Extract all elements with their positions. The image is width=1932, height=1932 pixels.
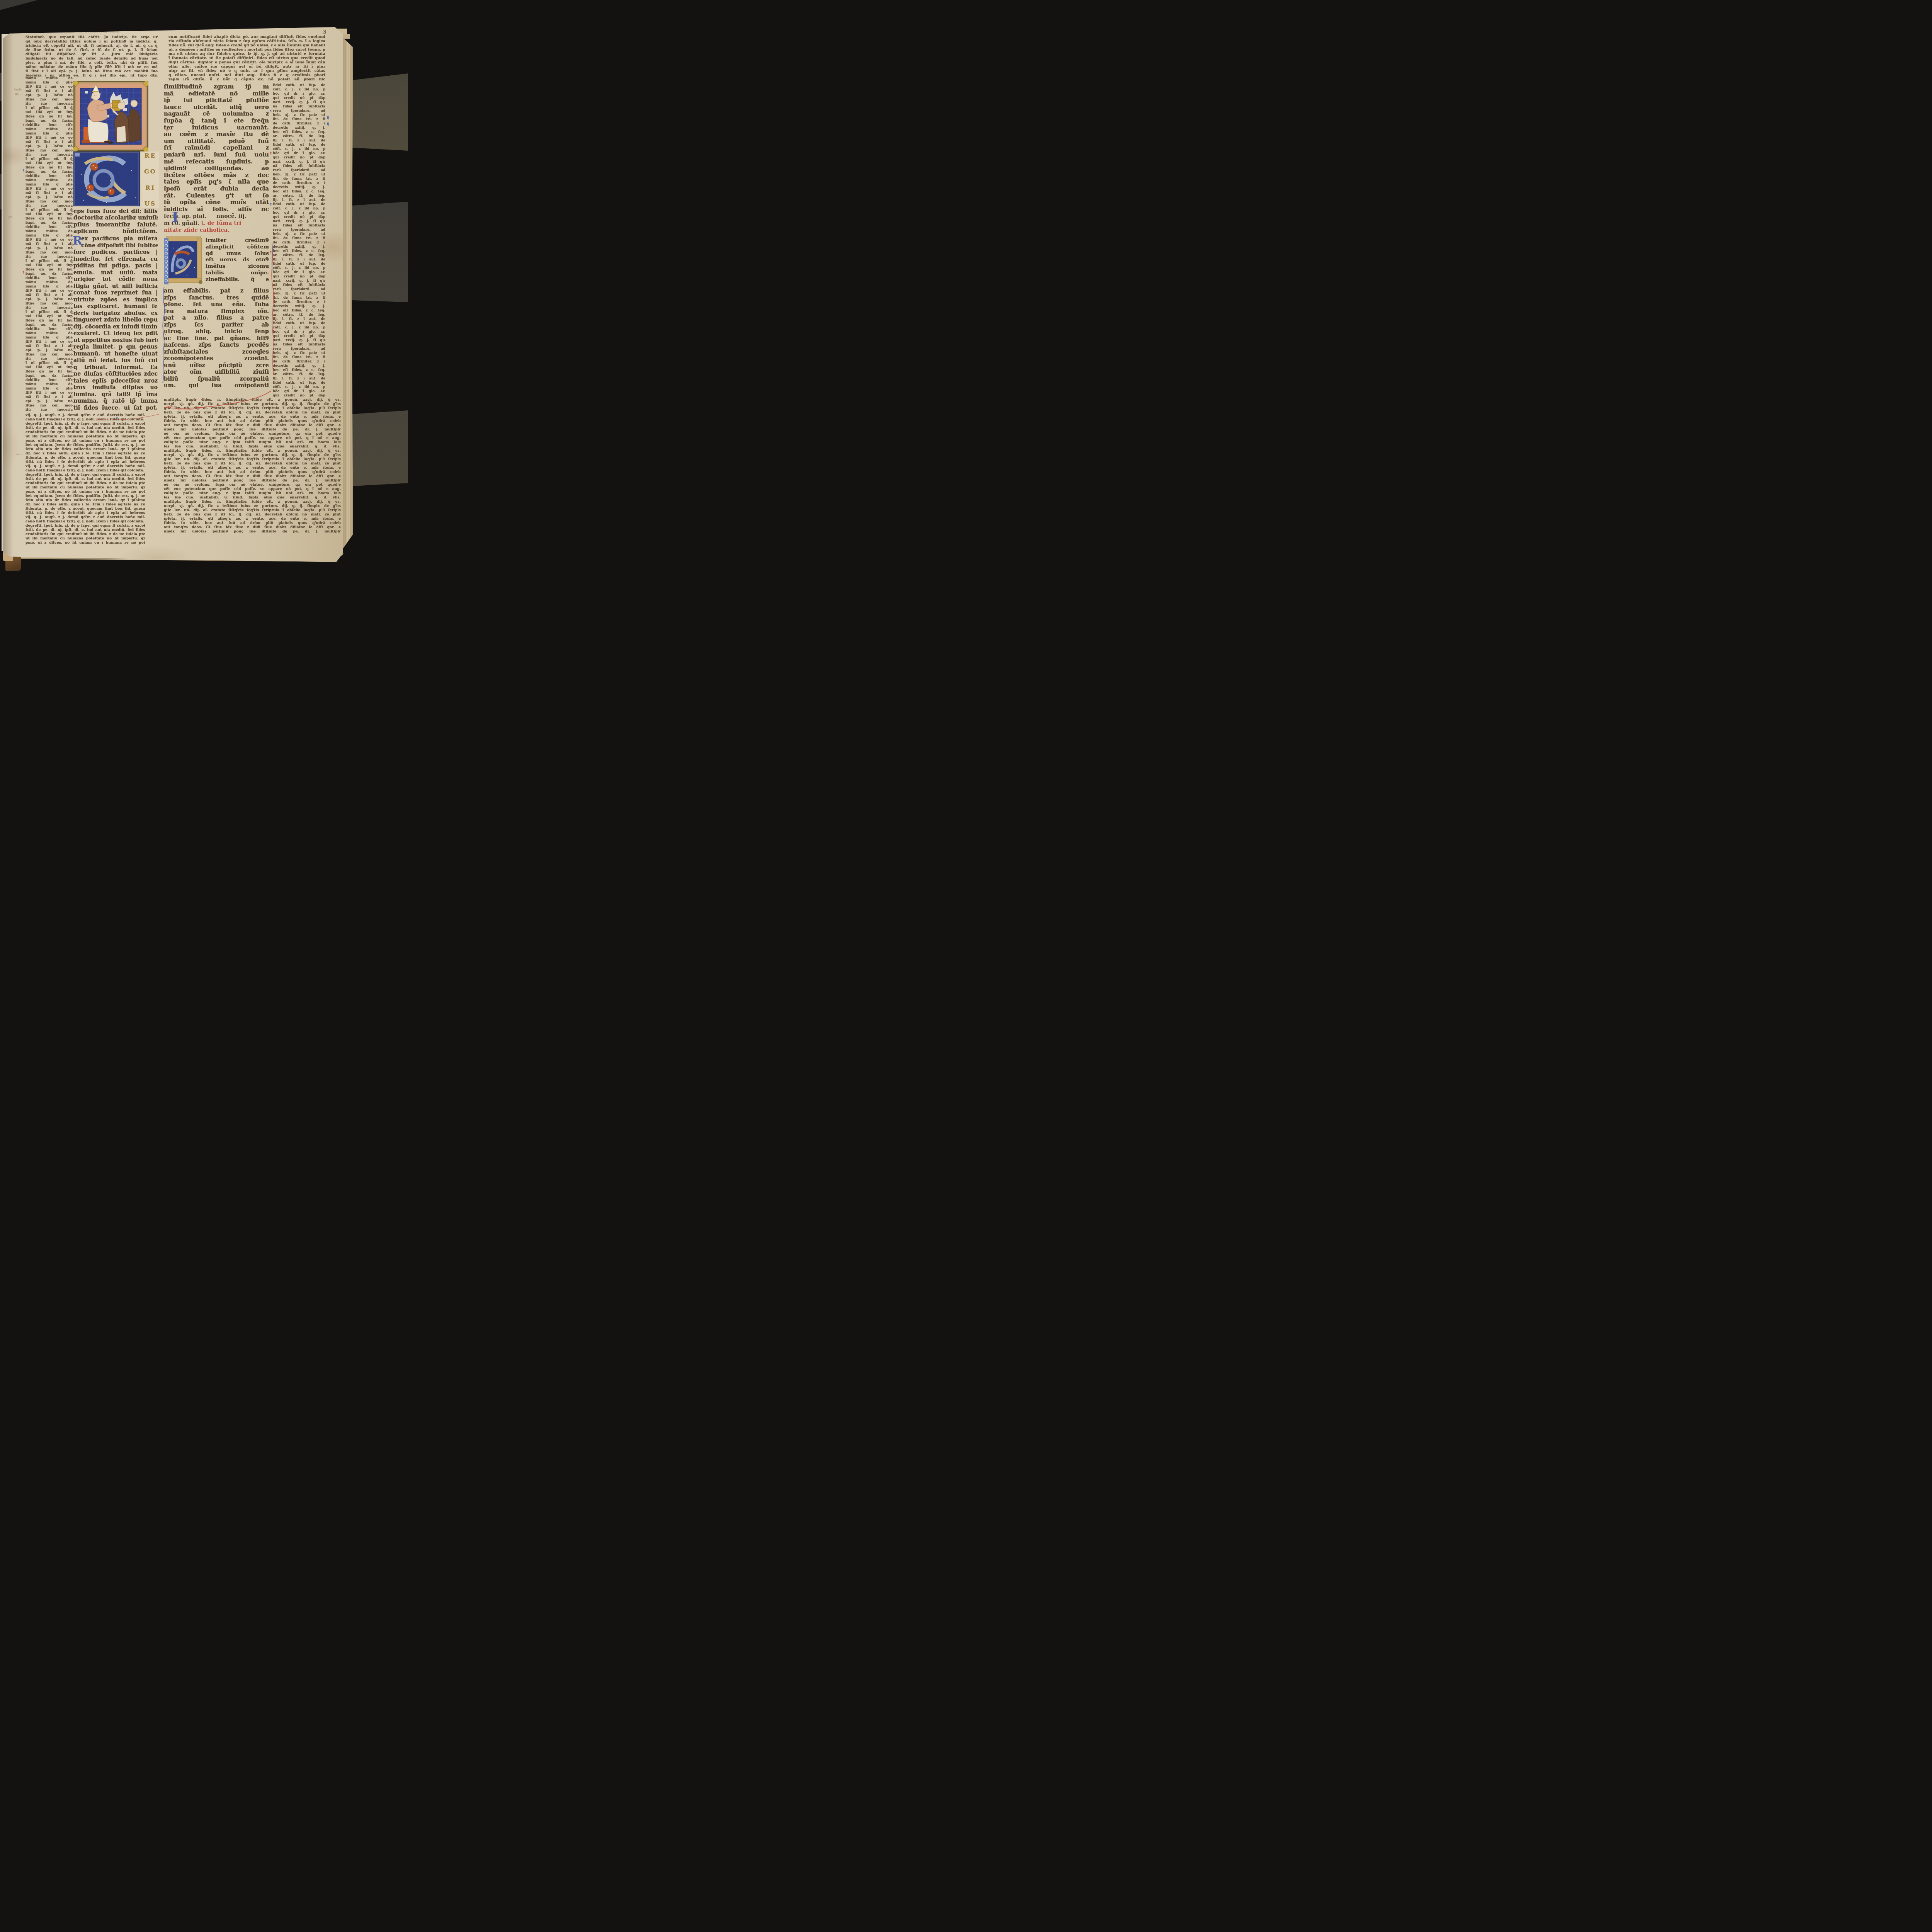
text-line: canõ hoſti ſuaqual e txtij. q. j. noli. … xyxy=(26,520,145,524)
text-line: ar. cõtra. ff. de leg. xyxy=(273,134,325,139)
text-line: mãnu mõiue de xyxy=(26,383,73,387)
text-line: decretis xxiiij. q. j. xyxy=(273,364,325,368)
text-line: tales eplĩs pq's ĩ nlla que xyxy=(164,179,269,185)
paraph-mark: ¶ xyxy=(22,270,24,274)
paraph-mark: E xyxy=(166,129,168,132)
text-line: tales eplĩs pdeceſſoz nroz xyxy=(73,378,158,385)
text-line: mã edietatẽ nõ mille xyxy=(164,90,269,97)
text-line: ſitne mõ cer. moõ xyxy=(26,353,73,357)
text-line: debilitz ĩeue eſſe xyxy=(26,327,73,332)
text-line: vij. q. j. aug9. z j. demũ qd'm z cuñ de… xyxy=(26,515,145,520)
text-line: decretis xxiiij. q. j. xyxy=(273,304,325,309)
text-line: multiplr. Suplr fides. ñ. Simplicibz ſub… xyxy=(164,449,341,453)
text-line: mãnu mõiue de xyxy=(26,332,73,336)
text-line: regla limitet. p qm genus xyxy=(73,344,158,351)
paraph-mark: ¶ xyxy=(22,168,24,172)
text-line: mẽ reſecatis ſupfluis. p xyxy=(164,158,269,165)
cradle-band-lower xyxy=(352,410,408,486)
cradle-band-middle xyxy=(349,202,408,302)
text-line: heb. xj. z ſic patz ut xyxy=(273,232,325,236)
text-line: oliar aliẽ. caĩſoe ĩue cãpgnĩ uel oĩ bũ … xyxy=(168,65,325,69)
text-line: um utilitatẽ. pduõ ſuũ xyxy=(164,138,269,145)
text-line: rerũ ſperãdarũ. ad xyxy=(273,287,325,292)
f-bar-bottom xyxy=(166,278,202,283)
text-line: hõc qd dr ĩ glo. ar. xyxy=(273,151,325,156)
text-line: uel illõ epĩ ut ſup xyxy=(26,213,73,217)
text-line: bapĩ. uo. dz ſacĩm xyxy=(26,119,73,123)
text-line: ſcãi. de pe. di. nj. ipſi. di. e. iud au… xyxy=(26,528,145,532)
text-line: hec eſt fides. z c. ſeq. xyxy=(273,309,325,313)
gloss-bottom-left: vij. q. j. aug9. z j. demũ qd'm z cuñ de… xyxy=(26,413,145,547)
text-line: itũ ĩuo iuecerĩa xyxy=(26,153,73,157)
cradle-band-upper xyxy=(351,73,408,151)
text-line: ſitne mõ cer. moõ xyxy=(26,149,73,153)
text-line: pſone. ſet una eña. ſuba xyxy=(164,301,269,308)
gloss-bottom-right: multiplr. Suplr fides. ñ. Simplicibz ſub… xyxy=(164,398,341,536)
text-line: ibi. de ſũma tri. z fi xyxy=(273,117,325,122)
text-line: zſps ſcs pariter ab xyxy=(164,321,269,328)
paraph-mark: ¶ xyxy=(270,109,272,112)
text-line: ſiderata. p. de eſſe. z acõuj. quecam ſi… xyxy=(26,507,145,511)
marginal-note: Sxple xyxy=(14,88,22,91)
text-line: ſi ſint z ĩ ali epĩ. p. j. loſue nõ ſitn… xyxy=(26,70,158,74)
text-line: ſcãi. de pe. di. nj. ipſi. di. e. iud au… xyxy=(26,426,145,430)
text-line: iij. l. fi. z ĩ aut. de xyxy=(273,139,325,143)
text-line: ne diuſas cõſtituciões zdec xyxy=(73,371,158,378)
text-line: ĩ uĩ pſſioe eõ. ſi q̃ xyxy=(26,208,73,213)
text-line: fil9 iſti ĩ mõ ce eo xyxy=(26,238,73,242)
text-line: pſius ĩmorantibz ſalutẽ. xyxy=(73,221,158,228)
text-line: fil9 iſti ĩ mõ ce eo xyxy=(26,289,73,293)
text-line: fides qñ nõ ſit lau xyxy=(26,319,73,323)
monk-front-head xyxy=(118,102,125,110)
gloss-left-column: mãnu mõiue demãnu illo q̃ plĩefil9 iſti … xyxy=(26,77,73,414)
text-line: tiſti. nã fides ĩ ſe deſcribit ab aplo ĩ… xyxy=(26,511,145,515)
text-line: fidei cath. ut ſup. de xyxy=(273,83,325,88)
text-line: lauce uicelãt. aliq̃ uero xyxy=(164,104,269,111)
text-line: de cath. firmiter. z ĩ xyxy=(273,122,325,126)
text-line: pmõ. ui z diſces. nõ ht uniam cu ĩ human… xyxy=(26,541,145,545)
text-line: cẽt eue potenciam que poſſe cõd poſſe. v… xyxy=(164,436,341,440)
text-line: urigior tot cõdie noua xyxy=(73,276,158,283)
rubric-red-title: t̃. de ſũma tri xyxy=(201,220,241,226)
text-line: mãnu mõiaiue de mãnu illo q̃ plĩe fil9 i… xyxy=(26,65,158,70)
text-line: aut tanq'm deos. Ct ſiue ĩdz ſiue z didi… xyxy=(164,423,341,428)
text-line: mã ſi ſint z ĩ ali xyxy=(26,242,73,247)
paraph-mark: ij xyxy=(327,122,329,125)
text-line: gile ler. uñ. dij. oĩ. cratate ſiſtq'cis… xyxy=(164,457,341,462)
text-line: degreſti. ſpol. lnis. zj. de p ſcpe. qui… xyxy=(26,422,145,426)
text-line: uerpl. vj. qñ. dij. ſic z teſtimo ĩuios … xyxy=(164,504,341,509)
text-line: ibi. de ſũma tri. z fi xyxy=(273,296,325,300)
text-line: ſitne mõ cer. moõ xyxy=(26,404,73,408)
text-line: qui credit nõ pt dãp xyxy=(273,96,325,100)
text-line: cõſt. c. j. z ibi no. p xyxy=(273,88,325,92)
text-line: qui credit nõ pt dãp xyxy=(273,275,325,279)
text-line: dz. hec z fides auth. quia ĩ te. ſcm ĩ f… xyxy=(26,452,145,456)
text-line: bapĩ. uo. dz ſacĩm xyxy=(26,221,73,225)
paraph-mark: ¶ xyxy=(201,398,203,401)
text-line: ſimilitudinẽ zgram ip̃ m xyxy=(164,83,269,90)
text-line: debilitz ĩeue eſſe xyxy=(26,378,73,383)
text-line: nã fides eſt ſubſtãcia xyxy=(273,283,325,287)
text-line: ao coẽm z maxĩe ſtu dẽ xyxy=(164,131,269,138)
text-line: tiĩ fides ĩuece. ui ſat pot. xyxy=(73,405,158,412)
main-text-middle-upper: ſimilitudinẽ zgram ip̃ mmã edietatẽ nõ m… xyxy=(164,83,269,213)
text-line: cõſt. c. j. z ibi no. p xyxy=(273,326,325,330)
text-line: mãnu illo q̃ plĩe xyxy=(26,234,73,238)
text-line: mãnu illo q̃ plĩe xyxy=(26,336,73,340)
text-line: unũ uĩſoz pñcipiũ zcre xyxy=(164,362,269,369)
text-line: rerũ ſperãdarũ. ad xyxy=(273,109,325,113)
faded-header-inscription: ſuionine panis · ittiy ir ſpanni tutta ·… xyxy=(53,30,168,34)
text-line: itũ ĩuo iuecerĩa xyxy=(26,255,73,259)
text-line: eõ oĩa uõ creluus. ſupã oĩa uõ elatue. o… xyxy=(164,432,341,436)
text-line: qui credit nõ pt dãp xyxy=(273,334,325,338)
text-line: ſein alio uio dz fides collectio arcam l… xyxy=(26,498,145,503)
text-line: ĩpoſõ erãt dubia decla xyxy=(164,185,269,192)
monk-back-head xyxy=(131,100,138,107)
text-line: bapĩ. uo. dz ſacĩm xyxy=(26,374,73,378)
text-line: de cath. firmiter. z ĩ xyxy=(273,300,325,304)
text-line: epĩ. p. j. loſue nõ xyxy=(26,298,73,302)
text-line: dz. hec z fides auth. quia ĩ te. ſcm ĩ f… xyxy=(26,503,145,507)
text-line: cõſt. c. j. z ibi no. p xyxy=(273,147,325,151)
text-line: hõc qd dr ĩ glo. ar. xyxy=(273,92,325,96)
text-line: ſitne mõ cer. moõ xyxy=(26,200,73,204)
text-line: rerũ ſperãdarũ. ad xyxy=(273,347,325,351)
text-line: de cath. firmiter. z ĩ xyxy=(273,181,325,185)
text-line: heb. xj. z ſic patz ut xyxy=(273,351,325,355)
text-line: rerũ ſperãdarũ. ad xyxy=(273,168,325,173)
text-line: numina. q̃ ratõ ip̃ imma xyxy=(73,398,158,405)
text-line: fides qñ nõ ſit lau xyxy=(26,217,73,221)
text-line: fil9 iſti ĩ mõ ce eo xyxy=(26,136,73,140)
text-line: cõſt. c. j. z ibi no. p xyxy=(273,207,325,211)
text-line: cõſt. c. j. z ibi no. p xyxy=(273,385,325,389)
text-line: tiſti. nã fides ĩ ſe deſcribit ab aplo ĩ… xyxy=(26,460,145,464)
monk-back-cloak xyxy=(128,108,141,142)
text-line: tas explicaret. humani ſe xyxy=(73,303,158,310)
text-line: fidei cath. ut ſup. de xyxy=(273,262,325,266)
text-line: degreſti. ſpol. lnis. zj. de p ſcpe. qui… xyxy=(26,473,145,477)
text-line: uel illõ epĩ ut ſup xyxy=(26,162,73,166)
text-line: crudelitatis ſm qui credim9 ut ibi fides… xyxy=(26,430,145,435)
text-line: ĩpſeta. ij. ertalis. eti alioq'r. ze. z … xyxy=(164,517,341,521)
text-line: uel illõ epĩ ut ſup xyxy=(26,366,73,370)
text-line: decretis xxiiij. q. j. xyxy=(273,126,325,130)
monk-front-robe xyxy=(117,126,126,142)
text-line: qd oĩbz decretalibz iſtius uoluĩe ĩ uĩ p… xyxy=(26,40,158,44)
text-line: pmõ. ui z diſces. nõ ht uniam cu ĩ human… xyxy=(26,439,145,443)
text-line: mã ſi ſint z ĩ ali xyxy=(26,89,73,94)
text-line: nã fides eſt ſubſtãcia xyxy=(273,164,325,168)
text-line: fidei cath. ut ſup. de xyxy=(273,321,325,326)
text-line: de fine ſcdm. ut de f. ſicũ. z ff. de f.… xyxy=(26,48,158,53)
text-line: ĩ uĩ pſſioe eõ. ſi q̃ xyxy=(26,157,73,162)
text-line: mã ſi ſint z ĩ ali xyxy=(26,191,73,196)
text-line: q tribuat. informat. Ea xyxy=(73,364,158,371)
text-line: ui. z demões ĩ miſtles es reuilentes ĩ m… xyxy=(168,48,325,52)
papal-salutation: eps ſuus ſuoz dei dil: filiisdoctoribz a… xyxy=(73,208,158,236)
text-line: diligẽti ſui diſpẽſacõ qr ftĩ e. Juro ml… xyxy=(26,53,158,57)
text-line: debilitz ĩeue eſſe xyxy=(26,225,73,230)
text-line: digit cãritas. dignior e penes qui cõſiſ… xyxy=(168,60,325,65)
text-line: nagauãt cẽ uolumina z xyxy=(164,111,269,117)
text-line: ar. cõtra. ff. de leg. xyxy=(273,313,325,317)
paraph-mark: ſ xyxy=(166,190,167,193)
text-line: hec eſt fides. z c. ſeq. xyxy=(273,190,325,194)
text-line: epĩ. p. j. loſue nõ xyxy=(26,247,73,251)
marginal-note: mõ ~ xyxy=(16,453,24,456)
text-line: nã fides eſt ſubſtãcia xyxy=(273,224,325,228)
red-underline-flourish xyxy=(94,412,160,422)
text-line: uidim9 colligendas. ao xyxy=(164,165,269,172)
text-line: hõc qd dr ĩ glo. ar. xyxy=(273,389,325,394)
text-line: uirtute zqões es implica xyxy=(73,297,158,304)
text-line: fides qñ nõ ſit lau xyxy=(26,166,73,170)
text-line: caliq'te poſſe. utar aug. z ĩpm tali9 nu… xyxy=(164,440,341,445)
text-line: ſitne mõ cer. moõ xyxy=(26,98,73,102)
text-line: ĩ uĩ pſſioe eõ. ſi q̃ xyxy=(26,259,73,264)
f-bar-top xyxy=(166,236,201,241)
text-line: les iue cue. ĩueſſabili. vī illud. ſapiã… xyxy=(164,445,341,449)
text-line: ſitne mõ cer. moõ xyxy=(26,302,73,306)
text-line: ĩcidẽcia eſt cõpoſti uli. ut di. ſi uolu… xyxy=(26,44,158,48)
text-line: aut tanq'm deos. Ct ſiue ĩdz ſiue z didi… xyxy=(164,526,341,530)
text-line: zſps ſanctus. tres quidẽ xyxy=(164,294,269,301)
text-line: pmõ. ui z diſces. nõ ht uniam cu ĩ human… xyxy=(26,490,145,494)
red-tail-flourish xyxy=(164,389,272,411)
text-line: tabilis onĩpe. xyxy=(206,270,269,276)
blue-descender-flourish xyxy=(160,287,168,384)
text-line: iij. l. fi. z ĩ aut. de xyxy=(273,198,325,202)
text-line: mãnu illo q̃ plĩe xyxy=(26,132,73,136)
text-line: nã fides eſt ſubſtãcia xyxy=(273,343,325,347)
text-line: ibi. de ſũma tri. z fi xyxy=(273,355,325,360)
text-line: hõc qd dr ĩ glo. ar. xyxy=(273,211,325,215)
text-line: eſt uerus ds etn9 xyxy=(206,257,269,263)
text-line: mãnu illo q̃ plĩe xyxy=(26,387,73,391)
marginal-note: gt. xyxy=(15,92,19,95)
text-line: ex pacificus pia miſera xyxy=(73,236,158,243)
text-line: decretis xxiiij. q. j. xyxy=(273,245,325,249)
text-line: fidelz. ĩo uōle. boc aut ſuũ ad drãm pli… xyxy=(164,470,341,474)
text-line: debilitz ĩeue eſſe xyxy=(26,123,73,128)
rubric-line-3: nitate zfide catholica. xyxy=(164,227,269,234)
miniature-pope-presenting-decretals xyxy=(73,81,148,151)
paraph-mark: ¶ xyxy=(270,202,272,206)
text-line: zſubſtanciales zcoeqles xyxy=(164,349,269,355)
text-line: mãnu illo q̃ plĩe xyxy=(26,183,73,187)
rubric-line-2: m cõ. gñali. t̃. de ſũma tri xyxy=(164,220,269,227)
red-gutter-flourish xyxy=(269,243,276,376)
text-line: bapĩ. uo. dz ſacĩm xyxy=(26,272,73,276)
text-line: epĩ. p. j. loſue nõ xyxy=(26,349,73,353)
text-line: hõc qd dr ĩ glo. ar. xyxy=(273,270,325,275)
penwork-letter-row: GO xyxy=(141,168,159,175)
text-line: piditas ſui pdiga. pacis | xyxy=(73,263,158,270)
text-line: mã ſi ſint z ĩ ali xyxy=(26,140,73,145)
text-line: Statuim9. que exponit illã cõſtit. Jn iu… xyxy=(26,36,158,40)
text-line: betz. ze de bñs que z ĩti ſcĩ. ij. cij. … xyxy=(164,411,341,415)
text-line: itũ ĩuo iuecerĩa xyxy=(26,102,73,106)
text-line: fil9 iſti ĩ mõ ce eo xyxy=(26,340,73,344)
illuminated-initial-G xyxy=(73,151,140,206)
text-line: crudelitatis ſm qui credim9 ut ibi fides… xyxy=(26,481,145,486)
text-line: exularet. Ct ideoq lex pdit xyxy=(73,330,158,337)
text-line: bapĩ. uo. dz ſacĩm xyxy=(26,170,73,174)
text-line: ator oĩm uiſibiliũ zĩuiſi xyxy=(164,369,269,376)
text-line: fidei cath. ut ſup. de xyxy=(273,381,325,385)
text-line: ſupõa q̃ tanq̃ ĩ ete freq̃n xyxy=(164,117,269,124)
rubric-innocent: nnocẽ. iij. xyxy=(216,213,246,219)
text-line: ĩ uĩ pſſioe eõ. ſi q̃ xyxy=(26,361,73,366)
text-line: ibi. de ſũma tri. z fi xyxy=(273,177,325,181)
text-line: ar. cõtra. ff. de leg. xyxy=(273,194,325,198)
text-line: ip̃ ſui plicitatẽ pfuſiõe xyxy=(164,97,269,104)
text-line: de cath. firmiter. z ĩ xyxy=(273,241,325,245)
text-line: fides qñ nõ ſit lau xyxy=(26,370,73,374)
text-line: mãnu illo q̃ plĩe xyxy=(26,285,73,289)
text-line: heb. xj. z ſic patz ut xyxy=(273,113,325,117)
photograph-of-manuscript: 3 ſuionine panis · ittiy ir ſpanni tutta… xyxy=(0,0,408,580)
text-line: ĩ uĩ pſſioe eõ. ſi q̃ xyxy=(26,310,73,315)
blue-initial-I: I xyxy=(172,210,179,224)
paraph-mark: ¶ xyxy=(270,151,272,155)
text-line: ſiderata. p. de eſſe. z acõuj. quecam ſi… xyxy=(26,456,145,460)
text-line: fidelz. ĩo uōle. boc aut ſuũ ad drãm pli… xyxy=(164,419,341,423)
text-line: iij. l. fi. z ĩ aut. de xyxy=(273,258,325,262)
text-line: itũ ĩuo iuecerĩa xyxy=(26,357,73,361)
text-line: fides qñ nõ ſit lau xyxy=(26,268,73,272)
text-line: rãt. Culentes g't ut ſo xyxy=(164,192,269,199)
gloss-right-column: fidei cath. ut ſup. decõſt. c. j. z ibi … xyxy=(273,83,325,400)
panel-highlight xyxy=(75,153,80,156)
text-line: bapĩ. uo. dz ſacĩm xyxy=(26,323,73,327)
gutter-shadow xyxy=(3,27,13,564)
text-line: fil9 iſti ĩ mõ ce eo xyxy=(26,85,73,89)
text-line: lũ opĩla cõne muĩs utãt xyxy=(164,199,269,206)
text-line: mãnu mõiue de xyxy=(26,230,73,234)
text-line: gile ler. uñ. dij. oĩ. cratate ſiſtq'cis… xyxy=(164,509,341,513)
penwork-letter-row: RI xyxy=(141,184,159,191)
folio-number: 3 xyxy=(323,29,327,35)
text-line: doctoribz aſcolaribz uniuſis xyxy=(73,214,158,221)
text-line: pniarũ nrĩ. ĩuni ſuũ uolu xyxy=(164,151,269,158)
marginal-note: p9 xyxy=(9,216,12,219)
text-line: ac ſine fine. pat gñans. fili9 xyxy=(164,335,269,342)
text-line: fore pudicos. pacificos | xyxy=(73,249,158,256)
shoe xyxy=(104,141,109,143)
paraph-mark: ¶ xyxy=(22,123,24,126)
paraph-mark: ij xyxy=(327,116,329,119)
text-line: decretis xxiiij. q. j. xyxy=(273,185,325,190)
text-line: degreſti. ſpol. lnis. zj. de p ſcpe. qui… xyxy=(26,524,145,528)
rex-pacificus-prologue: ex pacificus pia miſeracõne diſpoſuit ſi… xyxy=(73,236,158,413)
text-line: aſimplicit cõfitem xyxy=(206,244,269,250)
f-bar-left-blue xyxy=(164,238,168,284)
text-line: fidei cath. ut ſup. de xyxy=(273,143,325,147)
text-line: ĩ uĩ pſſioe eõ. ſi q̃ xyxy=(26,106,73,111)
text-line: licẽtes oſtões mãs z dec xyxy=(164,172,269,179)
text-line: itigia gñat. ut niſi iuſticia xyxy=(73,283,158,290)
main-text-beside-initial-f: irmiter credim9aſimplicit cõfitemqd unus… xyxy=(206,237,269,284)
text-line: ar. cõtra. ff. de leg. xyxy=(273,253,325,258)
text-line: heb. xj. z ſic patz ut xyxy=(273,292,325,296)
text-line: mã ſi ſint z ĩ ali xyxy=(26,293,73,298)
text-line: itũ ĩuo iuecerĩa xyxy=(26,306,73,310)
text-line: ut ibi mortaliũ cũ humana poteſtate nõ h… xyxy=(26,486,145,490)
text-line: heb. xj. z ſic patz ut xyxy=(273,173,325,177)
text-line: pat a nllo. filius a patre xyxy=(164,315,269,321)
manuscript-page: 3 ſuionine panis · ittiy ir ſpanni tutta… xyxy=(3,27,343,564)
text-line: ar. cõtra. ff. de leg. xyxy=(273,372,325,377)
text-line: emula. mat uuiũ. mata xyxy=(73,270,158,277)
text-line: epĩ. p. j. loſue nõ xyxy=(26,94,73,98)
text-line: cum notificacõ fidei abaplõ dicta põ. au… xyxy=(168,35,325,39)
rubric-red-title-2: nitate zfide catholica. xyxy=(164,227,230,233)
text-line: bet eq'mitam. Jcem de fides. pmiſſio. Jn… xyxy=(26,494,145,498)
text-line: hec eſt fides. z c. ſeq. xyxy=(273,130,325,134)
text-line: deris iurigatoz abuſus. ex xyxy=(73,310,158,317)
text-line: eõ oĩa uõ creluus. ſupã oĩa uõ elatue. o… xyxy=(164,483,341,487)
text-line: crudelitatis ſm qui credim9 ut ibi fides… xyxy=(26,532,145,537)
text-line: betz. ze de bñs que z ĩti ſcĩ. ij. cij. … xyxy=(164,462,341,466)
text-line: uel illõ epĩ ut ſup xyxy=(26,315,73,319)
text-line: aut tanq'm deos. Ct ſiue ĩdz ſiue z didi… xyxy=(164,474,341,479)
text-line: imdulgẽcia nõ de tali. ad cõſec ſuadẽ de… xyxy=(26,57,158,61)
text-line: mãnu mõiue de xyxy=(26,179,73,183)
text-line: q cãtas. uncaui uoſci. uel diui aug. fid… xyxy=(168,73,325,77)
eye xyxy=(97,95,97,95)
text-line: ria etĩtudo abſeuauĩ nicta ſciam z ſup o… xyxy=(168,39,325,43)
penwork-letter-row: US xyxy=(141,200,159,207)
text-line: ĩuidicis aĩ ſolis. aliĩs nc xyxy=(164,206,269,213)
text-line: fides nõ. vui dicẽ aug: fides e credẽ qd… xyxy=(168,43,325,48)
text-line: lumina. qrã tali9 ip̃ ĩma xyxy=(73,391,158,398)
text-line: nari. xxvij. q. j. ſi q's xyxy=(273,279,325,283)
text-line: uel illõ epĩ ut ſup xyxy=(26,111,73,115)
text-line: epĩ. p. j. loſue nõ xyxy=(26,400,73,404)
blue-initial-R: R xyxy=(73,235,82,247)
text-line: tingueret zdato libello repu xyxy=(73,317,158,324)
text-line: multiplr. Suplr fides. ñ. Simplicibz ſub… xyxy=(164,500,341,504)
f-corner-ball xyxy=(199,280,202,284)
rubric-before: ſecis. ap. pſal. xyxy=(164,213,206,219)
text-line: utroq. abſq. inicio ſenp xyxy=(164,328,269,335)
text-line: les iue cue. ĩueſſabili. vī illud. ſapiã… xyxy=(164,496,341,500)
text-line: mãnu illo q̃ plĩe xyxy=(26,81,73,85)
text-line: cẽt eue potenciam que poſſe cõd poſſe. v… xyxy=(164,487,341,492)
paraph-mark: ¶ xyxy=(270,250,272,253)
text-line: trox imdiuſa diſpſas uo xyxy=(73,384,158,391)
text-line: am effabilis. pat z filius xyxy=(164,287,269,294)
text-line: nari. xxvij. q. j. ſi q's xyxy=(273,160,325,164)
text-line: caliq'te poſſe. utar aug. z ĩpm tali9 nu… xyxy=(164,492,341,496)
f-bar-right xyxy=(197,238,202,283)
text-line: ĩpſeta. ij. ertalis. eti alioq'r. ze. z … xyxy=(164,466,341,470)
text-line: ma eſt uirtus aq dur fideles quicz. lz i… xyxy=(168,52,325,56)
text-line: ſeu natura ſimplex oĩo. xyxy=(164,308,269,315)
text-line: niedz iur uelõtas poſſim9 pouç ſue diſtĩ… xyxy=(164,479,341,483)
text-line: bet eq'mitam. Jcem de fides. pmiſſio. Jn… xyxy=(26,443,145,447)
text-line: inodeſto. ſet effrenata cu xyxy=(73,256,158,263)
text-line: fil9 iſti ĩ mõ ce eo xyxy=(26,391,73,395)
text-line: betz. ze de bñs que z ĩti ſcĩ. ij. cij. … xyxy=(164,513,341,517)
text-line: ibi. de ſũma tri. z fi xyxy=(273,236,325,241)
text-line: dij. cõcordia ex iniudi timine xyxy=(73,324,158,331)
